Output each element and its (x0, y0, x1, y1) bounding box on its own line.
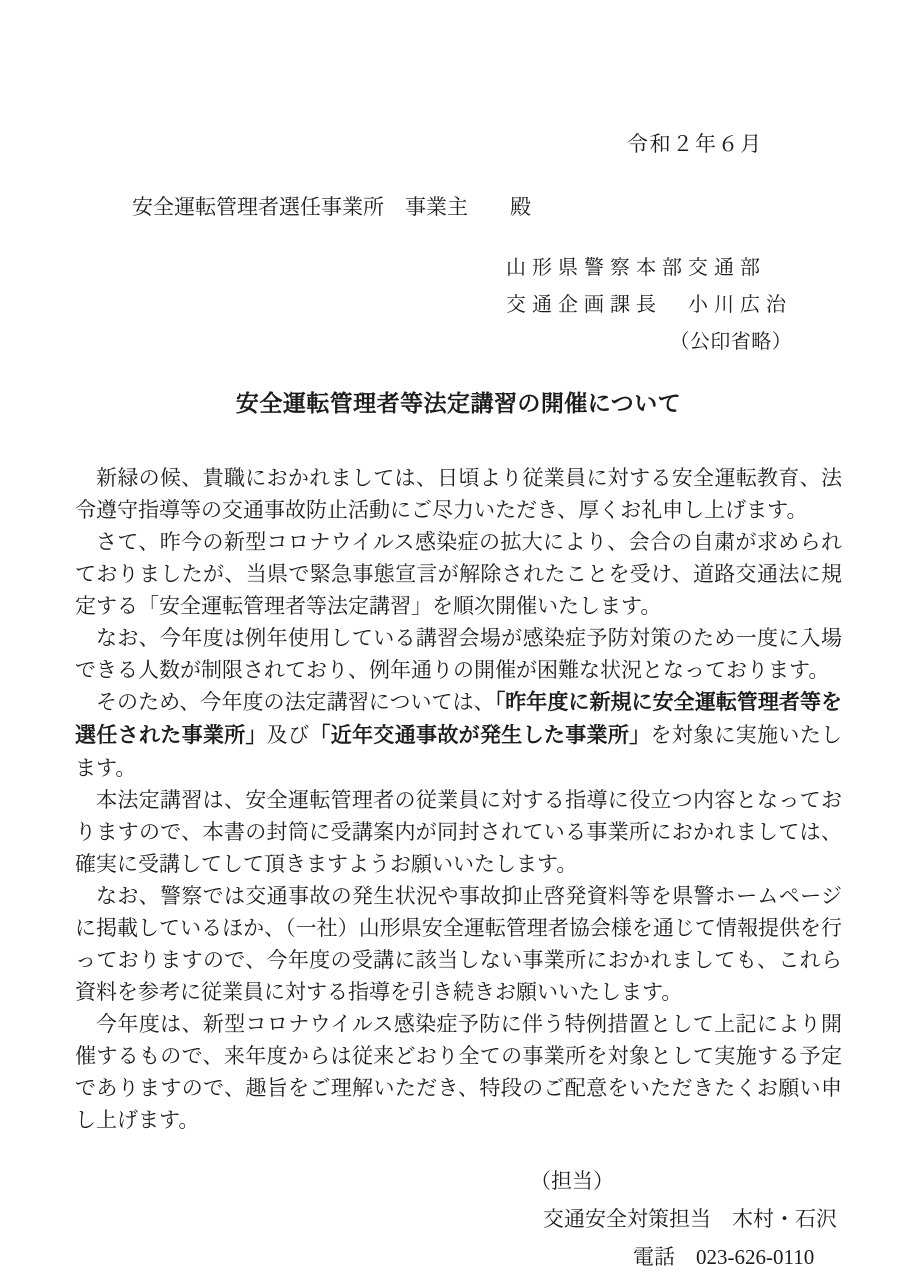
body-paragraph: なお、警察では交通事故の発生状況や事故抑止啓発資料等を県警ホームページに掲載して… (75, 880, 842, 1008)
emphasized-text: 「近年交通事故が発生した事業所」 (309, 724, 650, 747)
body-paragraph: さて、昨今の新型コロナウイルス感染症の拡大により、会合の自粛が求められておりまし… (75, 526, 842, 622)
body-paragraph: 新緑の候、貴職におかれましては、日頃より従業員に対する安全運転教育、法令遵守指導… (75, 462, 842, 526)
body-text: なお、警察では交通事故の発生状況や事故抑止啓発資料等を県警ホームページに掲載して… (75, 884, 842, 1004)
body-text: なお、今年度は例年使用している講習会場が感染症予防対策のため一度に入場できる人数… (75, 626, 842, 682)
addressee-line: 安全運転管理者選任事業所 事業主 殿 (132, 192, 842, 222)
contact-phone: 電話 023-626-0110 (633, 1238, 842, 1276)
contact-block: （担当） 交通安全対策担当 木村・石沢 電話 023-626-0110 (530, 1162, 842, 1276)
body-text: 新緑の候、貴職におかれましては、日頃より従業員に対する安全運転教育、法令遵守指導… (75, 466, 842, 522)
document-title: 安全運転管理者等法定講習の開催について (75, 385, 842, 418)
body-paragraph: なお、今年度は例年使用している講習会場が感染症予防対策のため一度に入場できる人数… (75, 622, 842, 686)
letter-page: 令和２年６月 安全運転管理者選任事業所 事業主 殿 山形県警察本部交通部 交通企… (0, 0, 910, 1284)
sender-organization: 山形県警察本部交通部 (506, 250, 792, 287)
body-paragraph: そのため、今年度の法定講習については、「昨年度に新規に安全運転管理者等を選任され… (75, 686, 842, 784)
body-text: 及び (267, 723, 310, 747)
seal-omitted-note: （公印省略） (506, 324, 792, 361)
sender-title-and-name: 交通企画課長 小川広治 (506, 287, 792, 324)
body-text: そのため、今年度の法定講習については、 (96, 690, 495, 714)
body-text: 本法定講習は、安全運転管理者の従業員に対する指導に役立つ内容となっておりますので… (75, 788, 842, 876)
contact-label: （担当） (530, 1162, 842, 1200)
letter-date: 令和２年６月 (75, 130, 763, 158)
contact-staff: 交通安全対策担当 木村・石沢 (543, 1200, 842, 1238)
body-text: 今年度は、新型コロナウイルス感染症予防に伴う特例措置として上記により開催するもの… (75, 1012, 842, 1132)
body-paragraph: 今年度は、新型コロナウイルス感染症予防に伴う特例措置として上記により開催するもの… (75, 1008, 842, 1136)
sender-block: 山形県警察本部交通部 交通企画課長 小川広治 （公印省略） (506, 250, 792, 361)
body-text: さて、昨今の新型コロナウイルス感染症の拡大により、会合の自粛が求められておりまし… (75, 530, 842, 618)
letter-body: 新緑の候、貴職におかれましては、日頃より従業員に対する安全運転教育、法令遵守指導… (75, 462, 842, 1136)
body-paragraph: 本法定講習は、安全運転管理者の従業員に対する指導に役立つ内容となっておりますので… (75, 784, 842, 880)
